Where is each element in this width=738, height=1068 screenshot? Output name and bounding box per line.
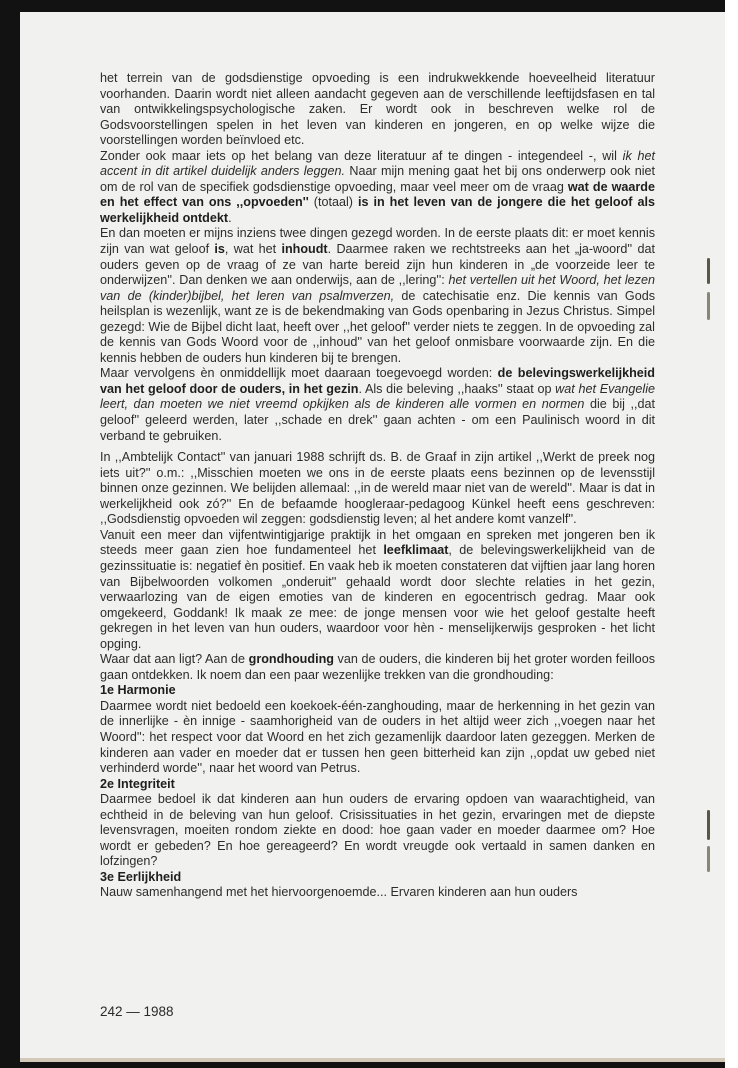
emphasis-bold: grondhouding [249,652,334,666]
section-heading: 3e Eerlijkheid [100,870,655,886]
paragraph: Zonder ook maar iets op het belang van d… [100,149,655,227]
text-run: Daarmee bedoel ik dat kinderen aan hun o… [100,792,655,868]
text-run: Zonder ook maar iets op het belang van d… [100,149,623,163]
section-heading: 2e Integriteit [100,777,655,793]
paragraph: Waar dat aan ligt? Aan de grondhouding v… [100,652,655,683]
article-body: het terrein van de godsdienstige opvoedi… [100,71,655,901]
binder-clip-bottom-icon [705,810,713,874]
section-heading: 1e Harmonie [100,683,655,699]
page-bottom-edge [20,1058,725,1062]
paragraph: En dan moeten er mijns inziens twee ding… [100,226,655,366]
text-run: Nauw samenhangend met het hiervoorgenoem… [100,885,577,899]
text-run: Daarmee wordt niet bedoeld een koekoek-é… [100,699,655,775]
text-run: het terrein van de godsdienstige opvoedi… [100,71,655,147]
text-run: 1e Harmonie [100,683,176,697]
text-run: (totaal) [309,195,358,209]
text-run: Maar vervolgens èn onmiddellijk moet daa… [100,366,498,380]
text-run: In ,,Ambtelijk Contact'' van januari 198… [100,450,655,526]
right-margin-strip [725,0,738,1068]
paragraph: Daarmee wordt niet bedoeld een koekoek-é… [100,699,655,777]
text-run: . Als die beleving ,,haaks'' staat op [358,382,555,396]
text-run: 2e Integriteit [100,777,175,791]
emphasis-bold: leefklimaat [383,543,448,557]
text-run: 3e Eerlijkheid [100,870,181,884]
emphasis-bold: is [214,242,225,256]
paragraph: het terrein van de godsdienstige opvoedi… [100,71,655,149]
page-number-footer: 242 — 1988 [100,1004,174,1019]
text-run: , de belevingswerkelijkheid van de gezin… [100,543,655,650]
paragraph: Maar vervolgens èn onmiddellijk moet daa… [100,366,655,444]
paragraph: In ,,Ambtelijk Contact'' van januari 198… [100,450,655,528]
paragraph: Daarmee bedoel ik dat kinderen aan hun o… [100,792,655,870]
paragraph: Nauw samenhangend met het hiervoorgenoem… [100,885,655,901]
text-run: . [228,211,232,225]
text-run: , wat het [225,242,282,256]
text-run: Waar dat aan ligt? Aan de [100,652,249,666]
paragraph: Vanuit een meer dan vijfentwintigjarige … [100,528,655,652]
emphasis-bold: inhoudt [281,242,327,256]
binder-clip-top-icon [705,258,713,322]
